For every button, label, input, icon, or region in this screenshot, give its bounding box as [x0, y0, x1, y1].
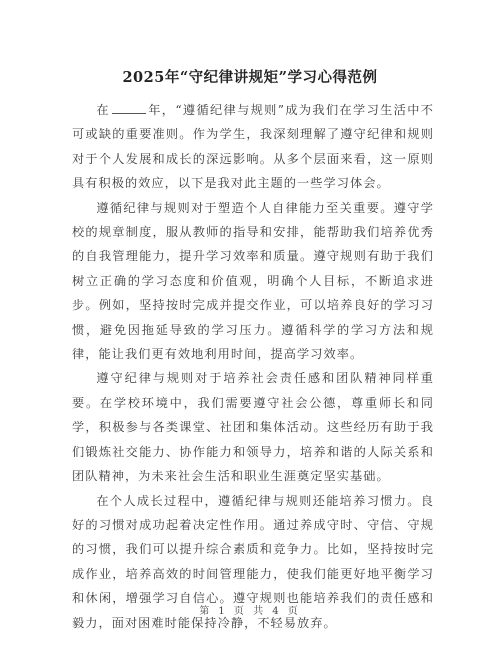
document-page: 2025年“守纪律讲规矩”学习心得范例 在年，“遵循纪律与规则”成为我们在学习生…: [0, 0, 500, 647]
paragraph-social-responsibility: 遵守纪律与规则对于培养社会责任感和团队精神同样重要。在学校环境中，我们需要遵守社…: [72, 366, 434, 488]
intro-paragraph: 在年，“遵循纪律与规则”成为我们在学习生活中不可或缺的重要准则。作为学生，我深刻…: [72, 98, 434, 196]
intro-text: 年，“遵循纪律与规则”成为我们在学习生活中不可或缺的重要准则。作为学生，我深刻理…: [72, 103, 434, 190]
document-body: 在年，“遵循纪律与规则”成为我们在学习生活中不可或缺的重要准则。作为学生，我深刻…: [72, 98, 434, 635]
intro-prefix: 在: [96, 103, 110, 117]
document-title: 2025年“守纪律讲规矩”学习心得范例: [0, 66, 500, 87]
year-blank: [112, 101, 146, 114]
page-indicator: 第 1 页 共 4 页: [0, 602, 500, 617]
paragraph-self-discipline: 遵循纪律与规则对于塑造个人自律能力至关重要。遵守学校的规章制度，服从教师的指导和…: [72, 196, 434, 367]
